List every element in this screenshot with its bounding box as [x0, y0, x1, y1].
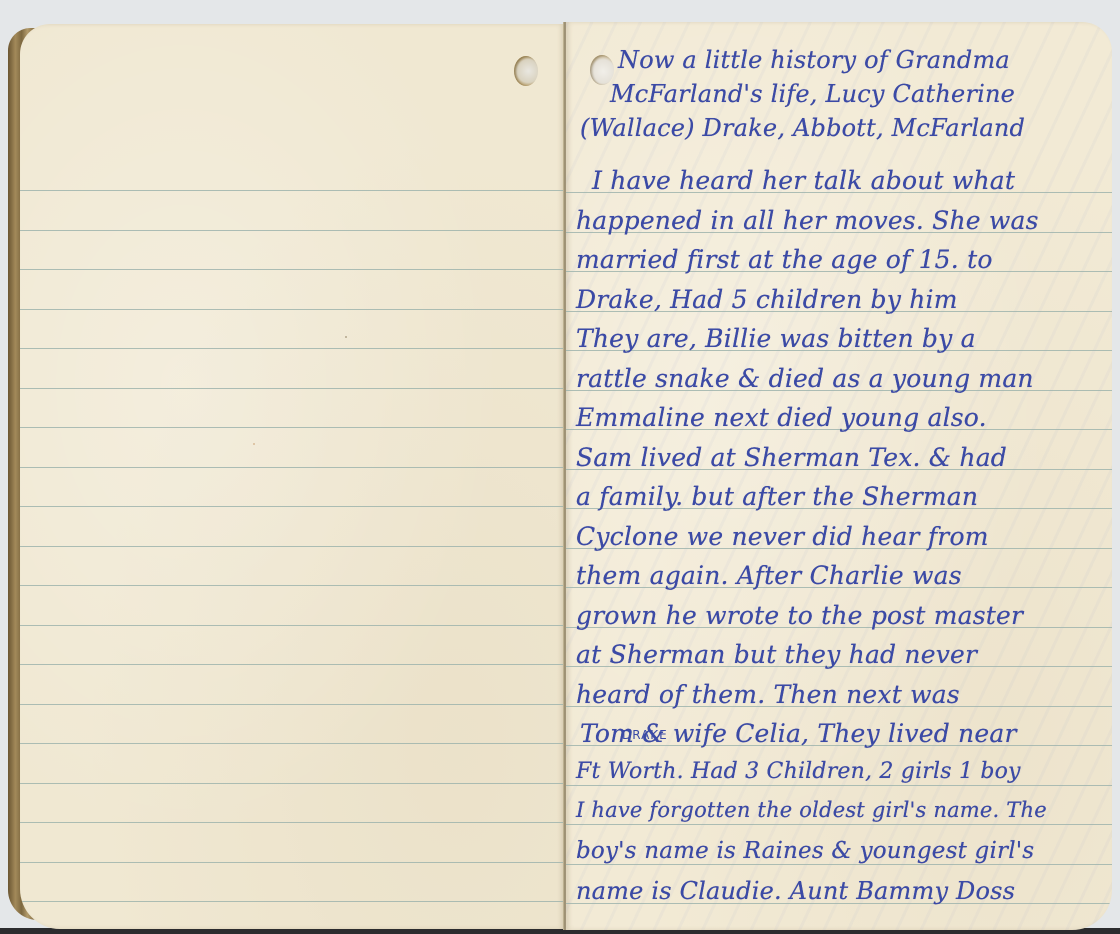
ruled-line	[20, 822, 564, 823]
body-line: married first at the age of 15. to	[576, 245, 1112, 274]
ruled-line	[20, 506, 564, 507]
body-line: them again. After Charlie was	[576, 561, 1112, 590]
paper-speck	[345, 336, 347, 338]
ruled-line	[20, 427, 564, 428]
ruled-line	[20, 546, 564, 547]
title-line-3: (Wallace) Drake, Abbott, McFarland	[580, 114, 1112, 142]
ruled-line	[566, 824, 1112, 825]
body-line: Sam lived at Sherman Tex. & had	[576, 443, 1112, 472]
body-line: rattle snake & died as a young man	[576, 364, 1112, 393]
ruled-line	[20, 269, 564, 270]
margin-annotation: DRAKE	[622, 728, 668, 742]
body-line: at Sherman but they had never	[576, 640, 1112, 669]
ruled-line	[20, 704, 564, 705]
title-line-1: Now a little history of Grandma	[618, 46, 1112, 74]
ruled-line	[20, 901, 564, 902]
ruled-line	[20, 190, 564, 191]
right-page: Now a little history of Grandma McFarlan…	[566, 22, 1112, 930]
body-line: Drake, Had 5 children by him	[576, 285, 1112, 314]
ruled-line	[20, 664, 564, 665]
ruled-line	[20, 743, 564, 744]
ruled-line	[20, 862, 564, 863]
body-line: Ft Worth. Had 3 Children, 2 girls 1 boy	[576, 759, 1112, 784]
title-line-2: McFarland's life, Lucy Catherine	[610, 80, 1112, 108]
body-line: boy's name is Raines & youngest girl's	[576, 838, 1112, 864]
body-line: happened in all her moves. She was	[576, 206, 1112, 235]
body-line: Cyclone we never did hear from	[576, 522, 1112, 551]
ruled-line	[20, 467, 564, 468]
paper-speck	[253, 443, 255, 445]
ruled-line	[20, 585, 564, 586]
body-line: Emmaline next died young also.	[576, 403, 1112, 432]
ruled-line	[20, 348, 564, 349]
body-line: I have forgotten the oldest girl's name.…	[576, 798, 1112, 822]
ink-bleed-through	[566, 22, 1112, 930]
left-page	[20, 24, 564, 929]
ruled-line	[20, 309, 564, 310]
ruled-line	[566, 785, 1112, 786]
ruled-line	[20, 625, 564, 626]
body-line: grown he wrote to the post master	[576, 601, 1112, 630]
ruled-line	[20, 388, 564, 389]
body-line: heard of them. Then next was	[576, 680, 1112, 709]
ruled-line	[20, 230, 564, 231]
binding-hole-left	[514, 56, 538, 86]
body-line: They are, Billie was bitten by a	[576, 324, 1112, 353]
body-line: a family. but after the Sherman	[576, 482, 1112, 511]
body-line: I have heard her talk about what	[592, 166, 1112, 195]
body-line: name is Claudie. Aunt Bammy Doss	[576, 877, 1112, 905]
ruled-line	[20, 783, 564, 784]
